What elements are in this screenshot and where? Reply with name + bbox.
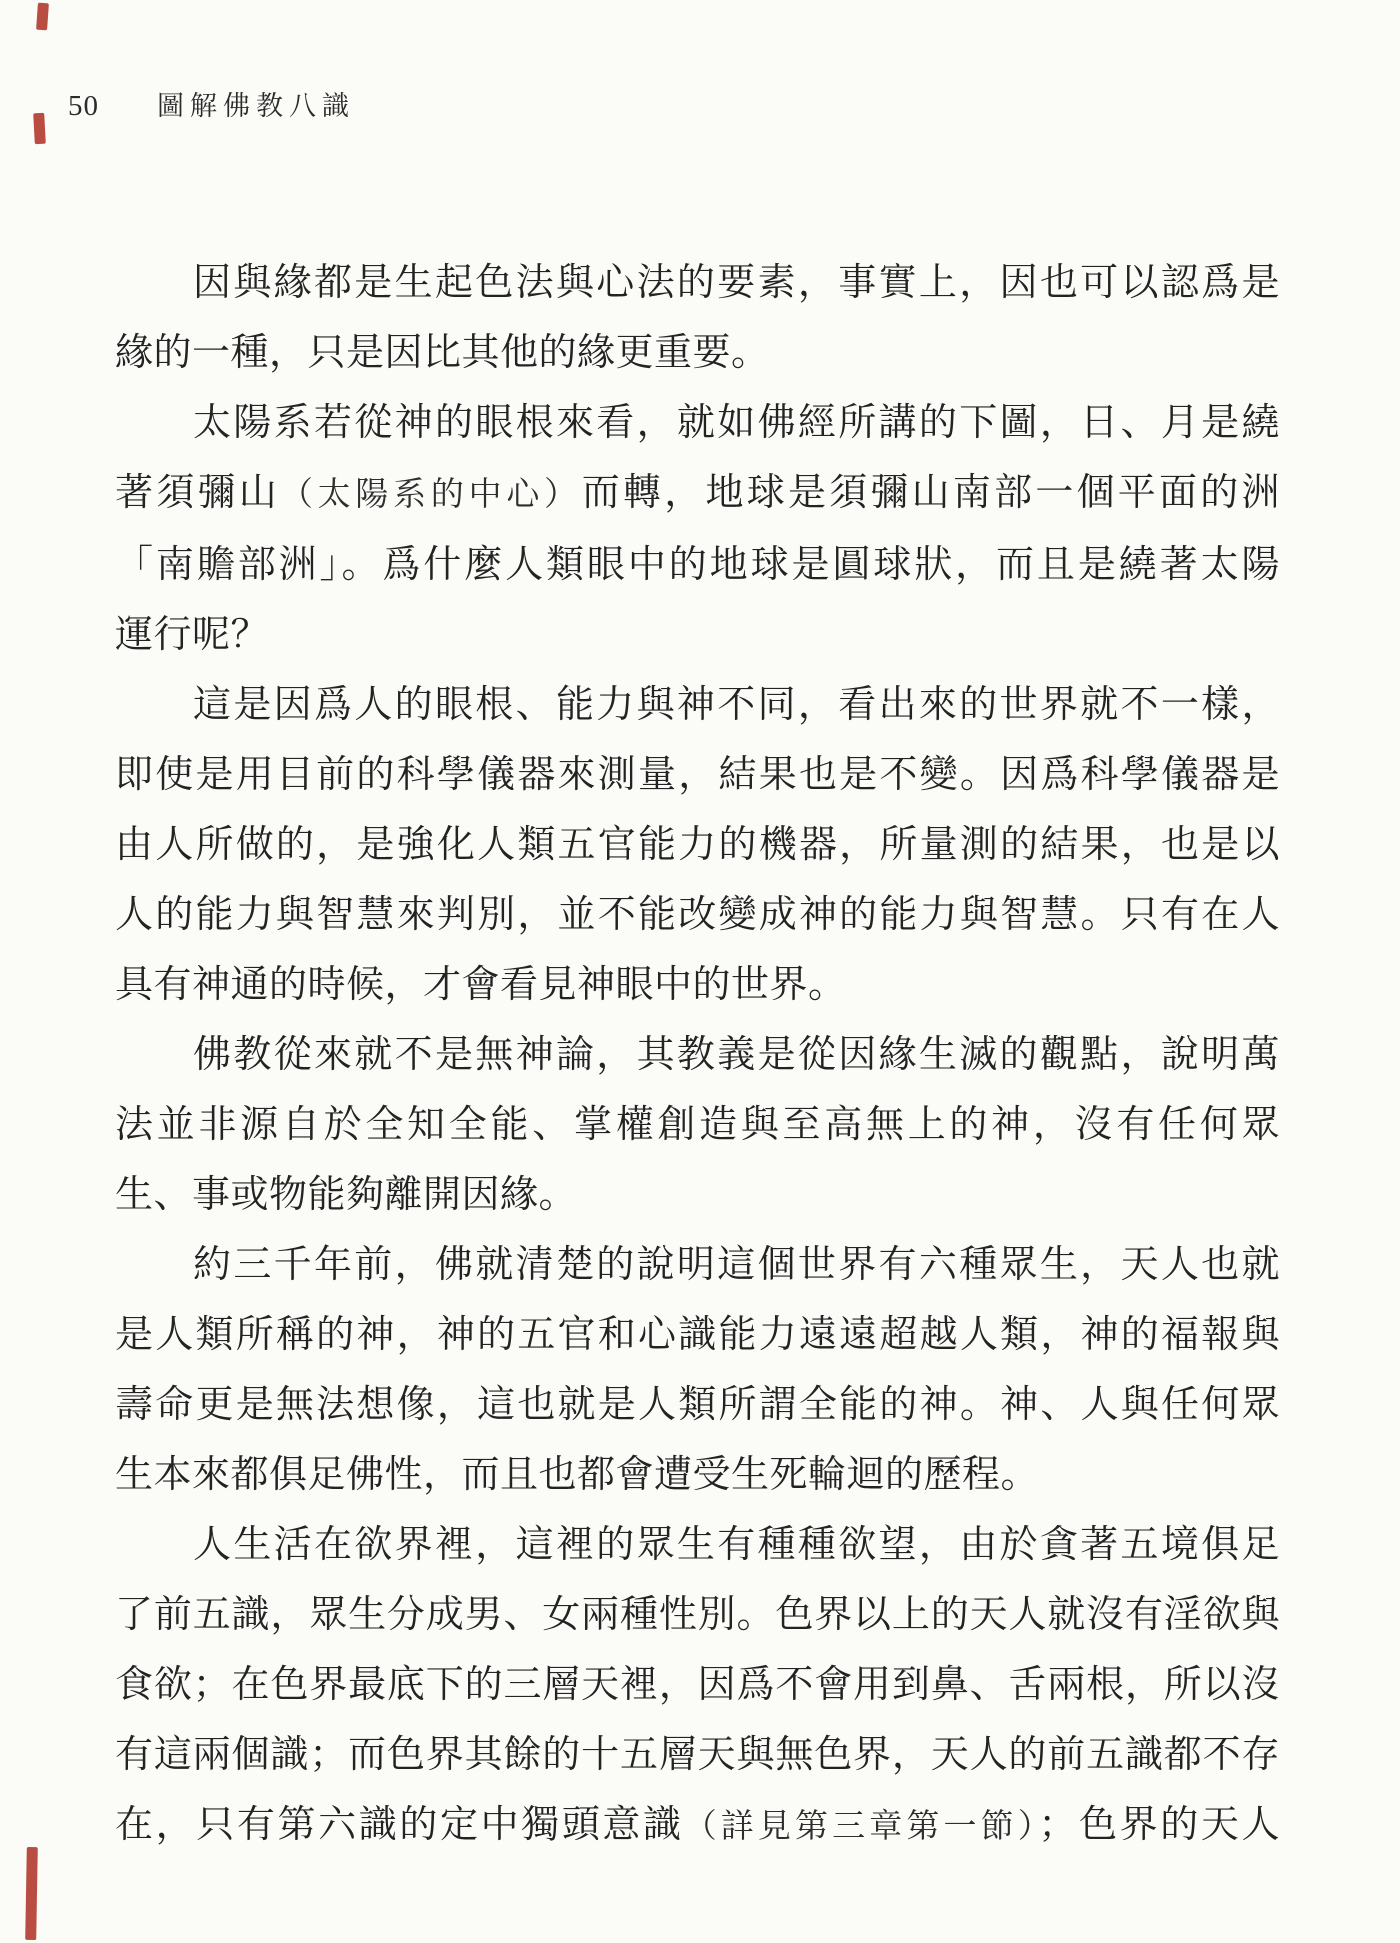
- text-line: 緣的一種，只是因比其他的緣更重要。: [115, 318, 1280, 388]
- text-line: 著須彌山（太陽系的中心）而轉，地球是須彌山南部一個平面的洲: [115, 458, 1280, 530]
- text-segment: 法並非源自於全知全能、掌權創造與至高無上的神，沒有任何眾: [115, 1104, 1280, 1146]
- text-line: 人的能力與智慧來判別，並不能改變成神的能力與智慧。只有在人: [115, 880, 1280, 950]
- text-line: 在，只有第六識的定中獨頭意識（詳見第三章第一節）；色界的天人: [115, 1790, 1280, 1862]
- text-segment: 人的能力與智慧來判別，並不能改變成神的能力與智慧。只有在人: [115, 894, 1280, 936]
- parenthetical-note: （詳見第三章第一節）: [684, 1809, 1039, 1845]
- book-title: 圖解佛教八識: [157, 84, 355, 123]
- text-segment: 有這兩個識；而色界其餘的十五層天與無色界，天人的前五識都不存: [115, 1734, 1280, 1776]
- text-line: 是人類所稱的神，神的五官和心識能力遠遠超越人類，神的福報與: [115, 1300, 1280, 1370]
- page-body: 因與緣都是生起色法與心法的要素，事實上，因也可以認爲是緣的一種，只是因比其他的緣…: [115, 248, 1280, 1862]
- text-line: 太陽系若從神的眼根來看，就如佛經所講的下圖，日、月是繞: [115, 388, 1280, 458]
- text-segment: ；色界的天人: [1038, 1804, 1280, 1846]
- text-line: 生本來都俱足佛性，而且也都會遭受生死輪迴的歷程。: [115, 1440, 1280, 1510]
- text-segment: 「南贍部洲」。爲什麼人類眼中的地球是圓球狀，而且是繞著太陽: [115, 544, 1280, 586]
- text-line: 即使是用目前的科學儀器來測量，結果也是不變。因爲科學儀器是: [115, 740, 1280, 810]
- text-line: 因與緣都是生起色法與心法的要素，事實上，因也可以認爲是: [115, 248, 1280, 318]
- text-segment: 佛教從來就不是無神論，其教義是從因緣生滅的觀點，說明萬: [193, 1034, 1280, 1076]
- text-line: 「南贍部洲」。爲什麼人類眼中的地球是圓球狀，而且是繞著太陽: [115, 530, 1280, 600]
- text-segment: 約三千年前，佛就清楚的說明這個世界有六種眾生，天人也就: [193, 1244, 1280, 1286]
- text-segment: 即使是用目前的科學儀器來測量，結果也是不變。因爲科學儀器是: [115, 754, 1280, 796]
- text-segment: 運行呢？: [115, 614, 269, 656]
- text-segment: 這是因爲人的眼根、能力與神不同，看出來的世界就不一樣，: [193, 684, 1280, 726]
- text-segment: 具有神通的時候，才會看見神眼中的世界。: [115, 964, 847, 1006]
- text-segment: 太陽系若從神的眼根來看，就如佛經所講的下圖，日、月是繞: [193, 402, 1280, 444]
- text-segment: 生本來都俱足佛性，而且也都會遭受生死輪迴的歷程。: [115, 1454, 1039, 1496]
- text-line: 有這兩個識；而色界其餘的十五層天與無色界，天人的前五識都不存: [115, 1720, 1280, 1790]
- text-line: 這是因爲人的眼根、能力與神不同，看出來的世界就不一樣，: [115, 670, 1280, 740]
- text-line: 壽命更是無法想像，這也就是人類所謂全能的神。神、人與任何眾: [115, 1370, 1280, 1440]
- text-segment: 著須彌山: [115, 472, 280, 514]
- page-number: 50: [68, 90, 99, 123]
- text-segment: 在，只有第六識的定中獨頭意識: [115, 1804, 684, 1846]
- text-line: 生、事或物能夠離開因緣。: [115, 1160, 1280, 1230]
- text-segment: 生、事或物能夠離開因緣。: [115, 1174, 577, 1216]
- text-line: 約三千年前，佛就清楚的說明這個世界有六種眾生，天人也就: [115, 1230, 1280, 1300]
- text-line: 人生活在欲界裡，這裡的眾生有種種欲望，由於貪著五境俱足: [115, 1510, 1280, 1580]
- text-segment: 由人所做的，是強化人類五官能力的機器，所量測的結果，也是以: [115, 824, 1280, 866]
- scan-artifact-red-mark-upper: [33, 113, 46, 145]
- text-line: 具有神通的時候，才會看見神眼中的世界。: [115, 950, 1280, 1020]
- scan-artifact-red-mark-top: [36, 3, 49, 31]
- text-segment: 人生活在欲界裡，這裡的眾生有種種欲望，由於貪著五境俱足: [193, 1524, 1280, 1566]
- text-segment: 食欲；在色界最底下的三層天裡，因爲不會用到鼻、舌兩根，所以沒: [115, 1664, 1280, 1706]
- text-segment: 緣的一種，只是因比其他的緣更重要。: [115, 332, 770, 374]
- text-line: 了前五識，眾生分成男、女兩種性別。色界以上的天人就沒有淫欲與: [115, 1580, 1280, 1650]
- page-header: 50 圖解佛教八識: [68, 84, 355, 123]
- text-line: 運行呢？: [115, 600, 1280, 670]
- text-line: 佛教從來就不是無神論，其教義是從因緣生滅的觀點，說明萬: [115, 1020, 1280, 1090]
- scan-artifact-red-bar-bottom: [25, 1847, 38, 1940]
- text-line: 法並非源自於全知全能、掌權創造與至高無上的神，沒有任何眾: [115, 1090, 1280, 1160]
- text-segment: 而轉，地球是須彌山南部一個平面的洲: [582, 472, 1280, 514]
- text-segment: 了前五識，眾生分成男、女兩種性別。色界以上的天人就沒有淫欲與: [115, 1594, 1280, 1636]
- text-segment: 是人類所稱的神，神的五官和心識能力遠遠超越人類，神的福報與: [115, 1314, 1280, 1356]
- text-line: 由人所做的，是強化人類五官能力的機器，所量測的結果，也是以: [115, 810, 1280, 880]
- parenthetical-note: （太陽系的中心）: [280, 477, 582, 513]
- text-segment: 因與緣都是生起色法與心法的要素，事實上，因也可以認爲是: [193, 262, 1280, 304]
- text-segment: 壽命更是無法想像，這也就是人類所謂全能的神。神、人與任何眾: [115, 1384, 1280, 1426]
- text-line: 食欲；在色界最底下的三層天裡，因爲不會用到鼻、舌兩根，所以沒: [115, 1650, 1280, 1720]
